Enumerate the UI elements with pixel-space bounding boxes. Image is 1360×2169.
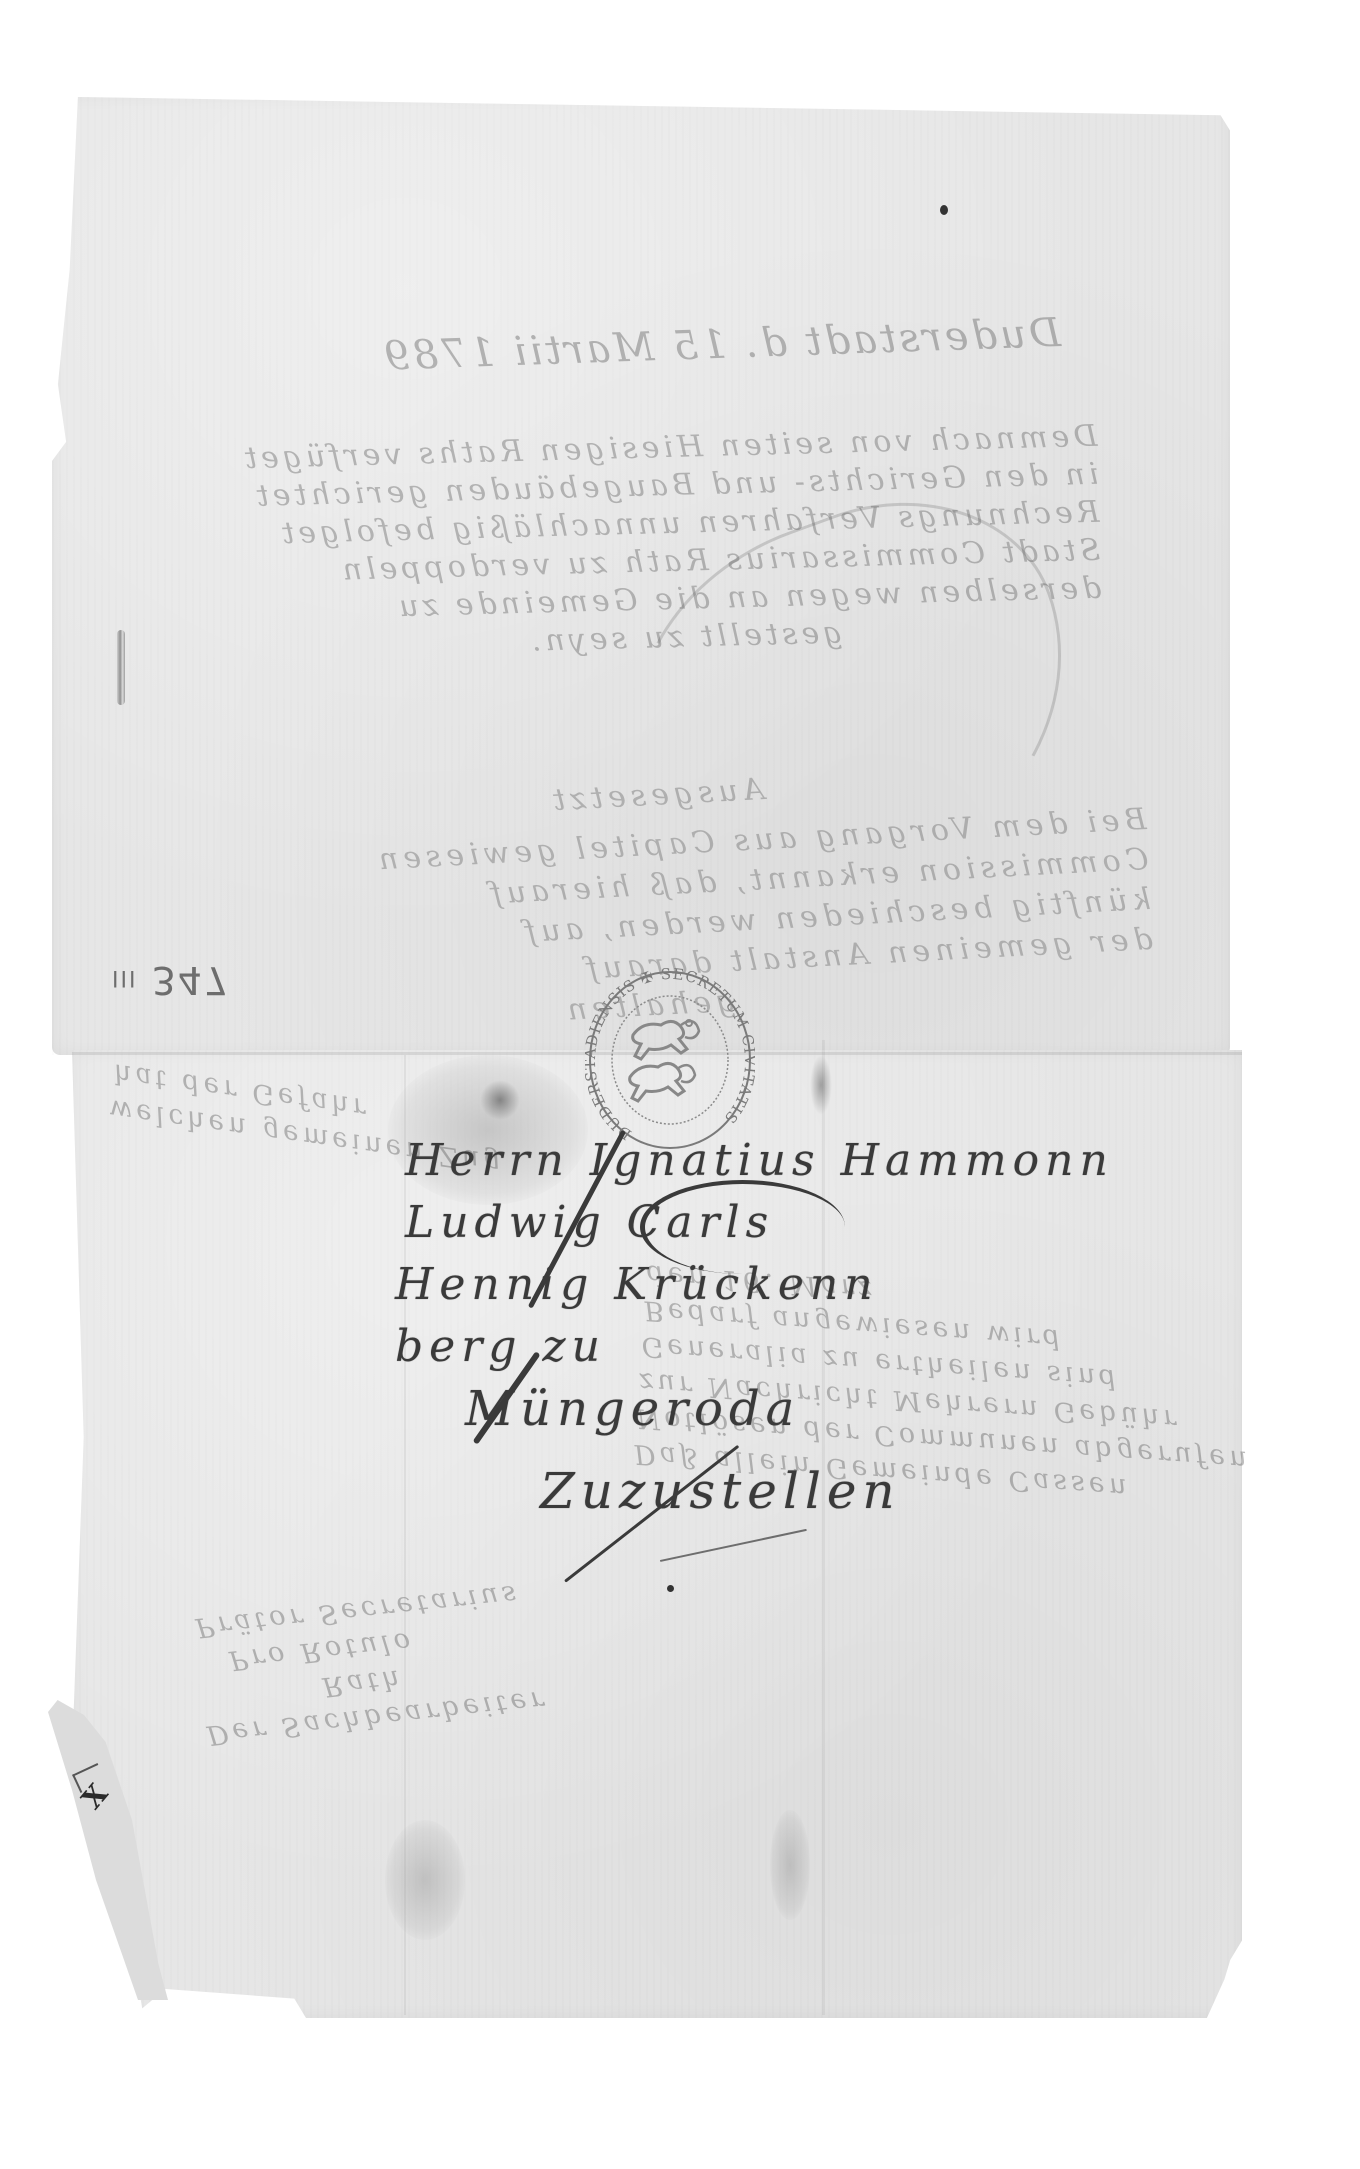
pin-icon bbox=[117, 630, 125, 705]
address-line-5: Müngeroda bbox=[465, 1378, 925, 1440]
archive-number: III 347 bbox=[112, 958, 230, 1002]
address-line-1: Herrn Ignatius Hammonn bbox=[405, 1130, 865, 1192]
city-seal: DUDERSTADIENSIS ✠ SECRETUM CIVITATIS bbox=[585, 965, 755, 1155]
water-stain bbox=[770, 1810, 810, 1920]
seal-icon: DUDERSTADIENSIS ✠ SECRETUM CIVITATIS bbox=[585, 965, 755, 1155]
svg-text:DUDERSTADIENSIS ✠ SECRETUM CIV: DUDERSTADIENSIS ✠ SECRETUM CIVITATIS bbox=[585, 965, 755, 1143]
ink-flourish bbox=[640, 1180, 845, 1274]
address-line-6: Zuzustellen bbox=[540, 1460, 1000, 1522]
archive-number-suffix: III bbox=[112, 965, 137, 990]
water-stain bbox=[385, 1820, 465, 1940]
fold-ink-smudge bbox=[810, 1055, 832, 1115]
address-line-4: berg zu bbox=[395, 1316, 855, 1378]
archive-number-value: 347 bbox=[152, 958, 231, 1002]
document-scan: X Duderstadt d. 15 Martii 1789 Demnach v… bbox=[0, 0, 1360, 2169]
ink-dot bbox=[667, 1585, 674, 1592]
ink-dot bbox=[940, 205, 948, 215]
bleed-through-upper-block: Demnach von seiten Hiesigen Raths verfüg… bbox=[237, 419, 1103, 669]
